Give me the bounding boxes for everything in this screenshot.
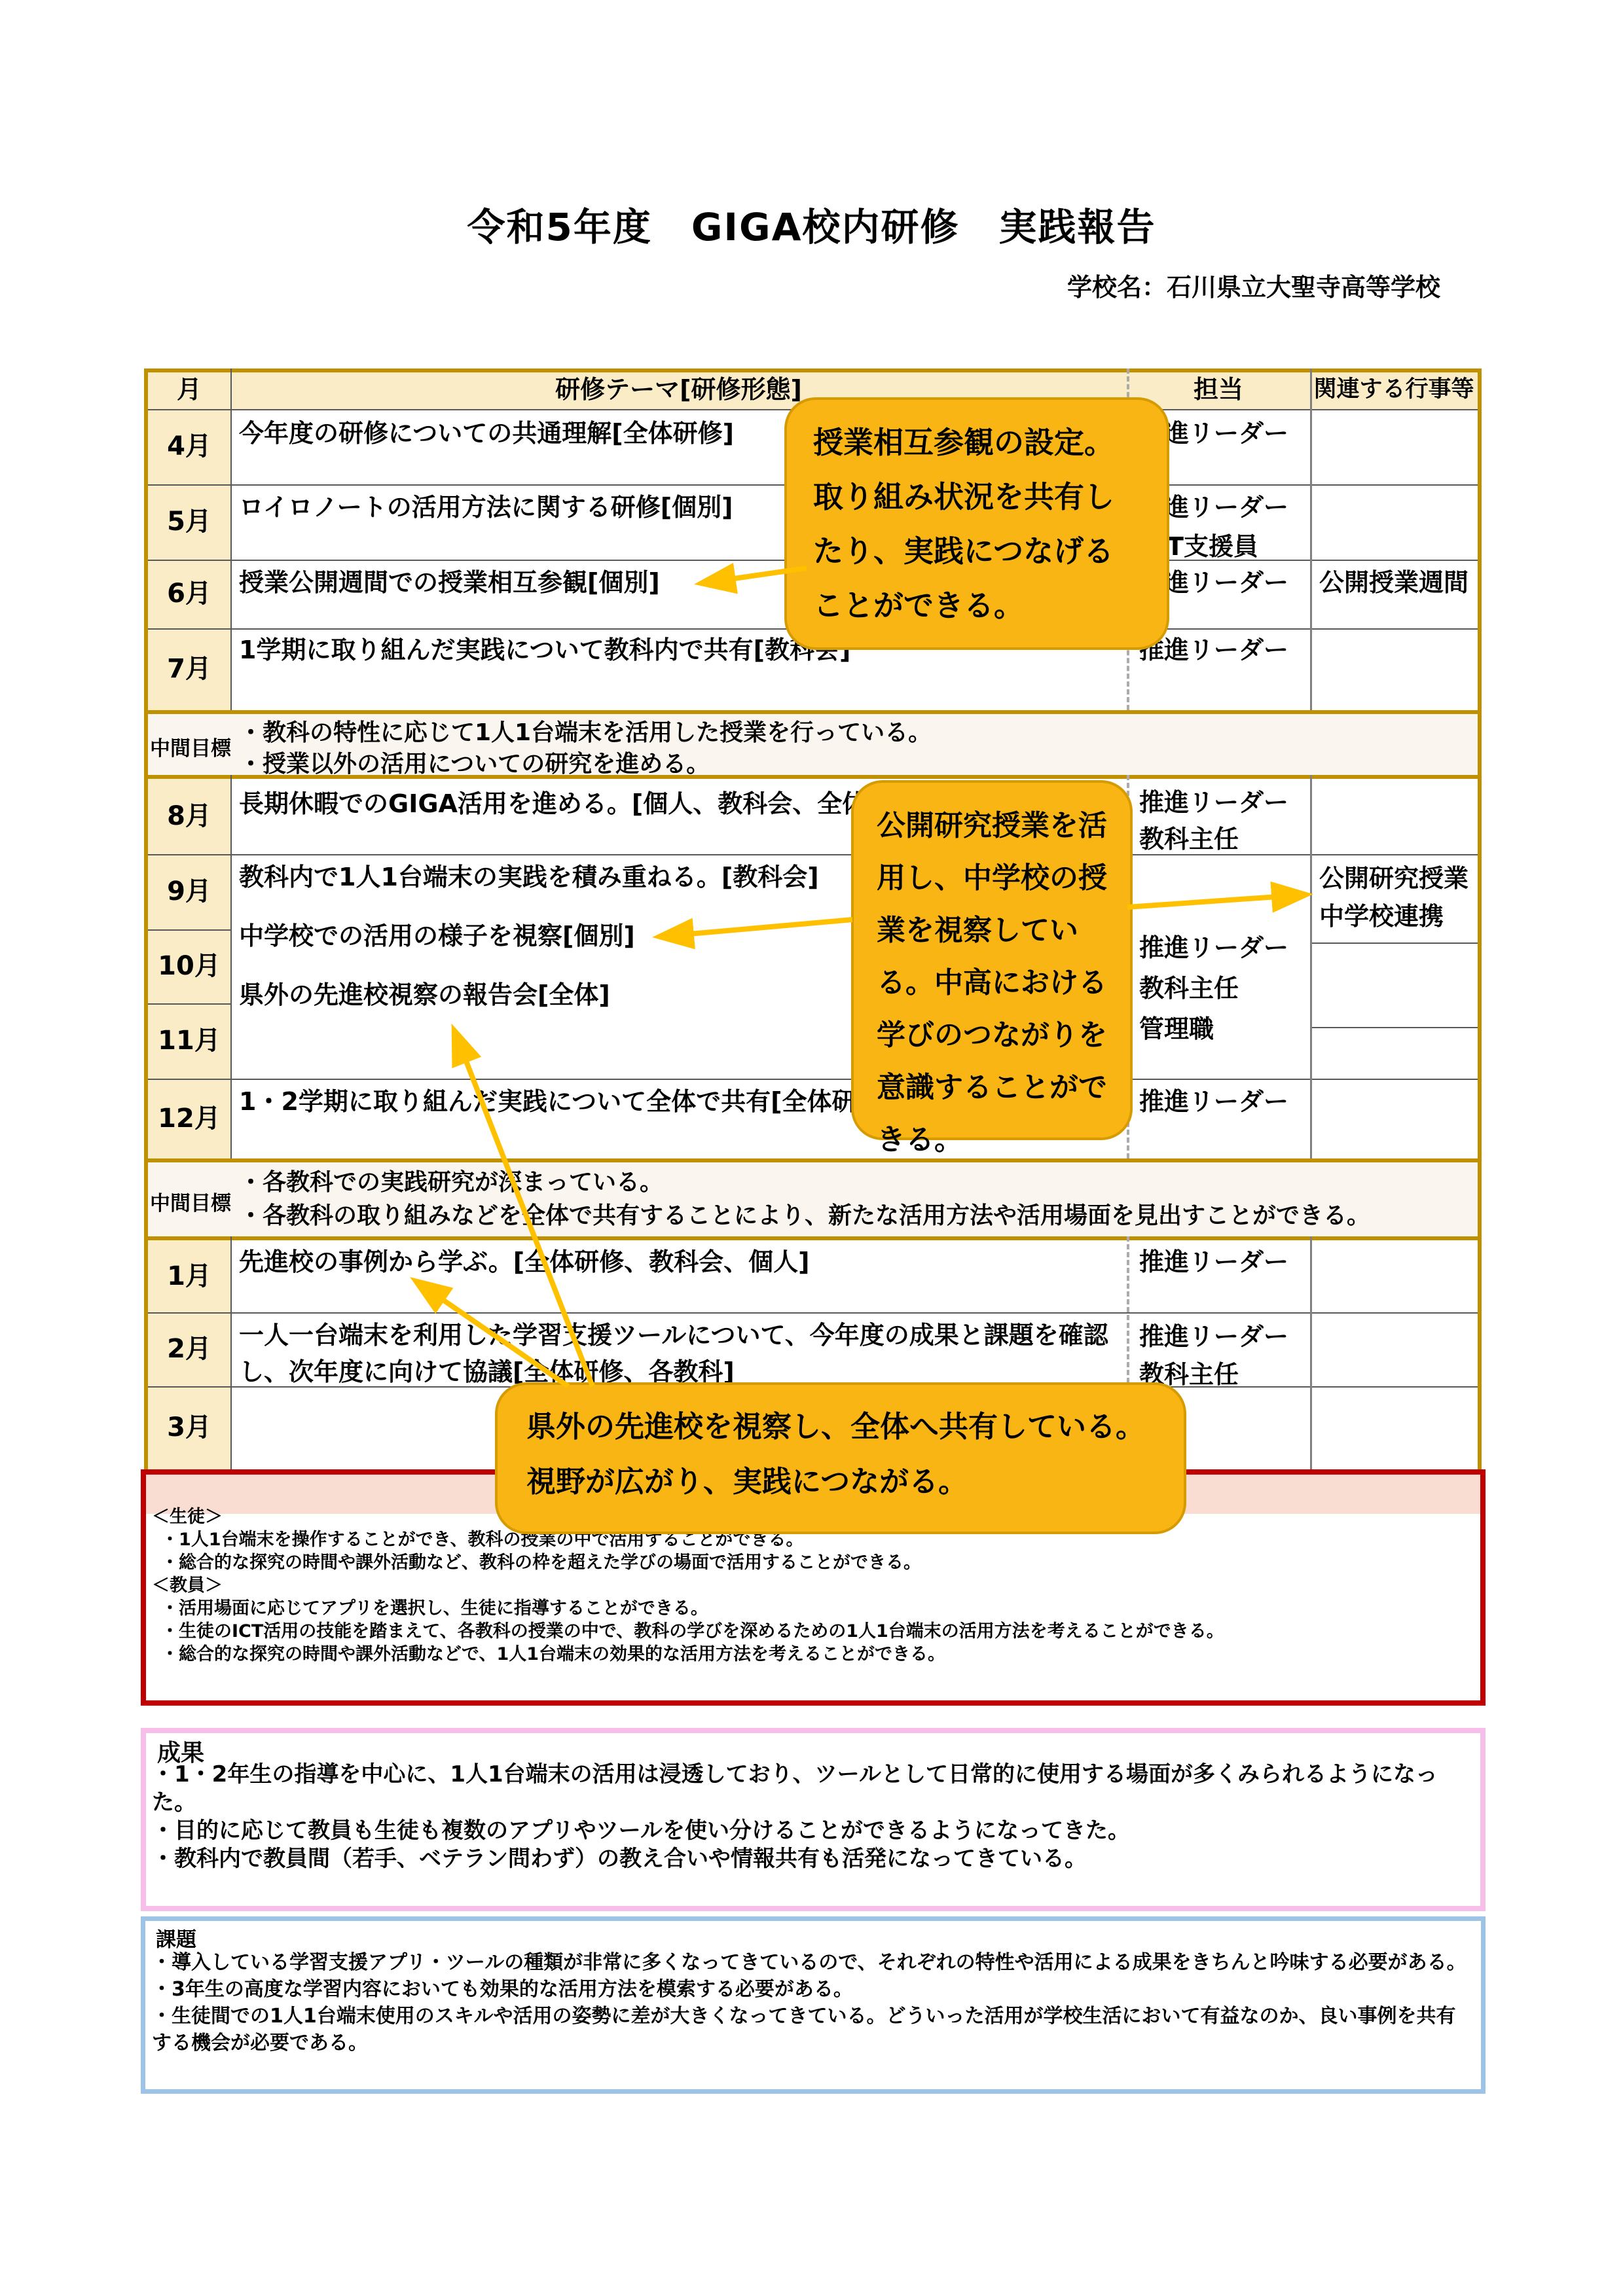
seika-bullet-1: ・1・2年生の指導を中心に、1人1台端末の活用は浸透しており、ツールとして日常的…	[152, 1761, 1461, 1817]
callout-open-research-lesson: 公開研究授業を活用し、中学校の授業を視察している。中高における学びのつながりを意…	[851, 780, 1133, 1140]
month-dec: 12月	[148, 1099, 230, 1138]
kadai-title: 課題	[156, 1923, 196, 1952]
seika-bullets: ・1・2年生の指導を中心に、1人1台端末の活用は浸透しており、ツールとして日常的…	[152, 1761, 1461, 1873]
divider-staff-events-a	[1310, 368, 1312, 710]
midgoal2-border-top	[144, 1158, 1482, 1162]
row-line-events-1	[1310, 942, 1478, 944]
month-apr: 4月	[148, 427, 230, 466]
theme-jun: 授業公開週間での授業相互参観[個別]	[239, 563, 660, 602]
staff-aug-2: 教科主任	[1139, 819, 1239, 859]
goal-teacher-label: ＜教員＞	[152, 1574, 1224, 1597]
kadai-bullet-2: ・3年生の高度な学習内容においても効果的な活用方法を模索する必要がある。	[152, 1976, 1468, 2003]
month-oct: 10月	[148, 946, 230, 986]
school-name: 学校名：石川県立大聖寺高等学校	[1067, 267, 1440, 303]
theme-sep-3: 県外の先進校視察の報告会[全体]	[239, 975, 610, 1014]
month-column-bg	[148, 409, 230, 1469]
kadai-bullet-1: ・導入している学習支援アプリ・ツールの種類が非常に多くなってきているので、それぞ…	[152, 1949, 1468, 1976]
goal-teacher-1: ・活用場面に応じてアプリを選択し、生徒に指導することができる。	[152, 1597, 1224, 1620]
month-mar: 3月	[148, 1408, 230, 1447]
divider-month-theme-c	[230, 1236, 232, 1469]
arrow-to-junior-high-visit	[660, 920, 852, 937]
midgoal2-line1: ・各教科での実践研究が深まっている。	[239, 1166, 663, 1199]
event-jun: 公開授業週間	[1319, 563, 1468, 602]
header-events: 関連する行事等	[1310, 370, 1478, 408]
theme-aug: 長期休暇でのGIGA活用を進める。[個人、教科会、全体]	[239, 784, 879, 823]
theme-sep-2: 中学校での活用の様子を視察[個別]	[239, 916, 635, 956]
table-border-right	[1478, 368, 1482, 1469]
midgoal1-line2: ・授業以外の活用についての研究を進める。	[239, 748, 710, 781]
theme-jul: 1学期に取り組んだ実践について教科内で共有[教科会]	[239, 630, 850, 670]
seika-bullet-2: ・目的に応じて教員も生徒も複数のアプリやツールを使い分けることができるようになっ…	[152, 1817, 1461, 1845]
staff-oct-3: 管理職	[1139, 1009, 1214, 1049]
staff-oct-1: 推進リーダー	[1139, 928, 1288, 967]
goal-student-2: ・総合的な探究の時間や課外活動など、教科の枠を超えた学びの場面で活用することがで…	[152, 1551, 1224, 1574]
staff-jan: 推進リーダー	[1139, 1242, 1288, 1282]
theme-may: ロイロノートの活用方法に関する研修[個別]	[239, 488, 733, 527]
goal-teacher-3: ・総合的な探究の時間や課外活動などで、1人1台端末の効果的な活用方法を考えること…	[152, 1643, 1224, 1666]
month-sep: 9月	[148, 872, 230, 911]
arrow-to-open-research-event	[1127, 895, 1305, 907]
divider-staff-events-c	[1310, 1236, 1312, 1469]
month-jan: 1月	[148, 1257, 230, 1296]
row-line-aug-sep	[148, 854, 1478, 855]
staff-dec: 推進リーダー	[1139, 1082, 1288, 1121]
kadai-bullets: ・導入している学習支援アプリ・ツールの種類が非常に多くなってきているので、それぞ…	[152, 1949, 1468, 2056]
event-sep-2: 中学校連携	[1319, 897, 1444, 936]
midgoal1-line1: ・教科の特性に応じて1人1台端末を活用した授業を行っている。	[239, 717, 932, 749]
midgoal2-line2: ・各教科の取り組みなどを全体で共有することにより、新たな活用方法や活用場面を見出…	[239, 1200, 1370, 1232]
row-line-jan-feb	[148, 1312, 1478, 1314]
month-jun: 6月	[148, 574, 230, 613]
month-nov: 11月	[148, 1021, 230, 1060]
month-may: 5月	[148, 502, 230, 541]
event-sep-1: 公開研究授業	[1319, 859, 1468, 898]
goal-teacher-2: ・生徒のICT活用の技能を踏まえて、各教科の授業の中で、教科の学びを深めるための…	[152, 1620, 1224, 1643]
theme-jan: 先進校の事例から学ぶ。[全体研修、教科会、個人]	[239, 1242, 810, 1282]
staff-oct-2: 教科主任	[1139, 969, 1239, 1008]
row-line-events-2	[1310, 1027, 1478, 1028]
seika-bullet-3: ・教科内で教員間（若手、ベテラン問わず）の教え合いや情報共有も活発になってきてい…	[152, 1845, 1461, 1873]
staff-aug-1: 推進リーダー	[1139, 783, 1288, 822]
kadai-bullet-3: ・生徒間での1人1台端末使用のスキルや活用の姿勢に差が大きくなってきている。どう…	[152, 2003, 1468, 2056]
divider-staff-events-b	[1310, 775, 1312, 1158]
divider-month-theme-b	[230, 775, 232, 1158]
row-line-nov-dec	[148, 1079, 1478, 1080]
theme-sep-1: 教科内で1人1台端末の実践を積み重ねる。[教科会]	[239, 857, 819, 897]
month-feb: 2月	[148, 1329, 230, 1369]
report-page: 令和5年度 GIGA校内研修 実践報告 学校名：石川県立大聖寺高等学校 月 研修…	[0, 0, 1623, 2296]
callout-advanced-school-visit: 県外の先進校を視察し、全体へ共有している。視野が広がり、実践につながる。	[495, 1382, 1186, 1534]
row-line-sep-oct-month	[148, 929, 230, 931]
month-aug: 8月	[148, 797, 230, 836]
theme-apr: 今年度の研修についての共通理解[全体研修]	[239, 414, 734, 453]
month-jul: 7月	[148, 649, 230, 689]
theme-dec: 1・2学期に取り組んだ実践について全体で共有[全体研修]	[239, 1082, 893, 1121]
midgoal2-border-bottom	[144, 1236, 1482, 1240]
midgoal1-border-top	[144, 710, 1482, 714]
theme-feb: 一人一台端末を利用した学習支援ツールについて、今年度の成果と課題を確認し、次年度…	[239, 1317, 1123, 1390]
divider-month-theme-a	[230, 368, 232, 710]
page-title: 令和5年度 GIGA校内研修 実践報告	[0, 196, 1623, 251]
staff-feb-1: 推進リーダー	[1139, 1317, 1288, 1356]
midgoal1-label: 中間目標	[148, 732, 233, 761]
row-line-oct-nov-month	[148, 1003, 230, 1005]
callout-mutual-observation: 授業相互参観の設定。取り組み状況を共有したり、実践につなげることができる。	[784, 397, 1169, 650]
header-month: 月	[148, 370, 230, 408]
midgoal2-label: 中間目標	[148, 1187, 233, 1216]
